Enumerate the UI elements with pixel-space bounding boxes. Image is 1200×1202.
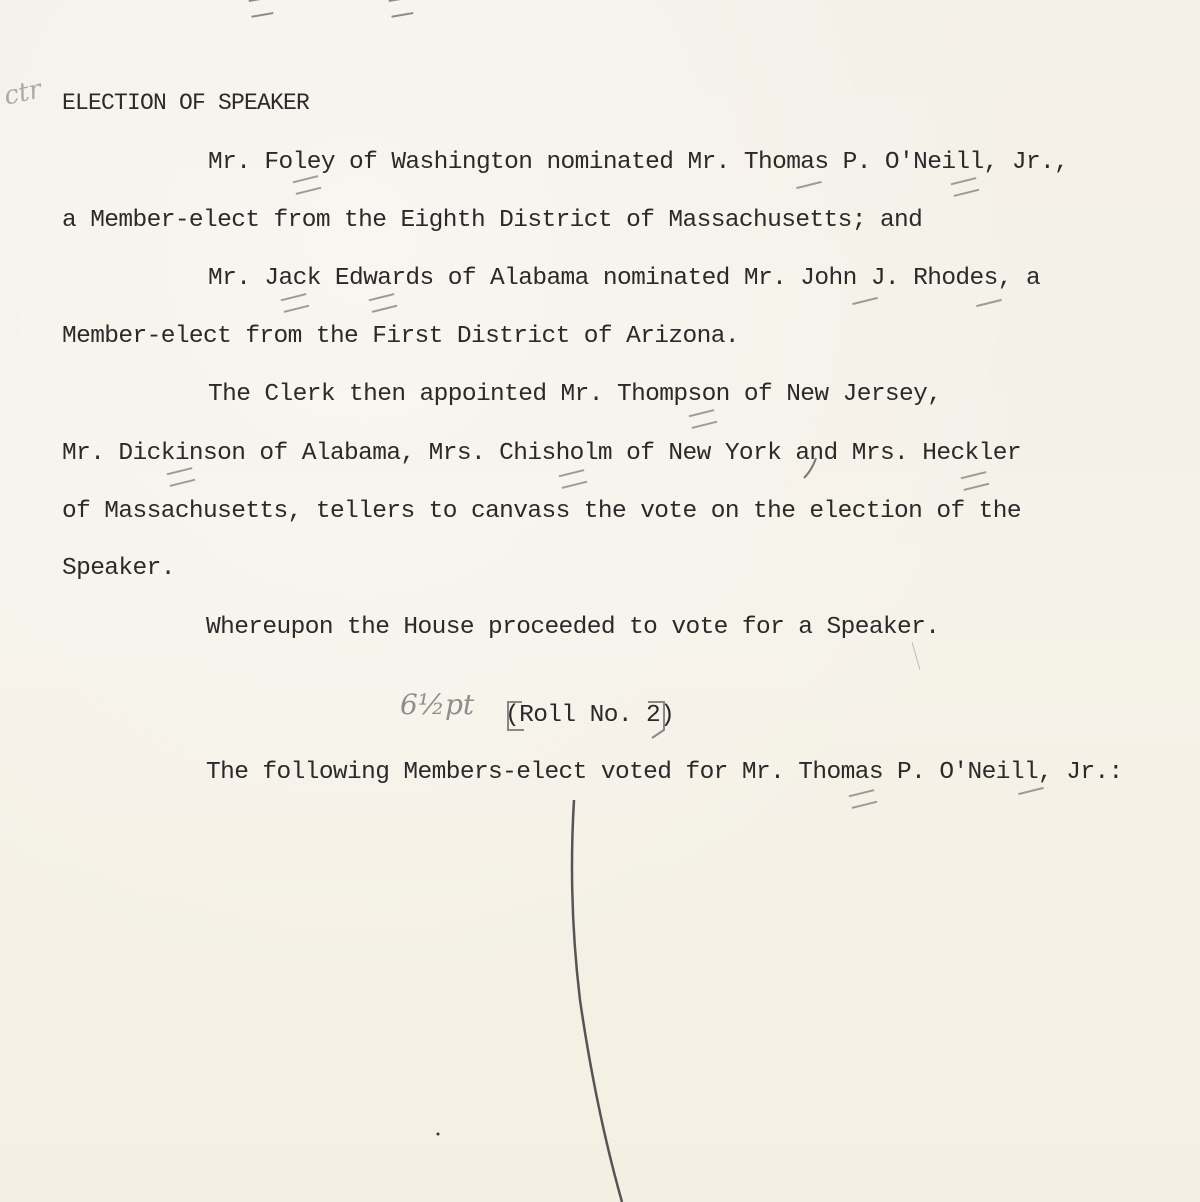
paragraph-3-line-3: of Massachusetts, tellers to canvass the… [62, 500, 1021, 525]
pencil-underline-mark [167, 467, 196, 487]
vertical-pencil-line [572, 800, 622, 1202]
pencil-underline-mark [689, 409, 718, 429]
paragraph-2-line-1: Mr. Jack Edwards of Alabama nominated Mr… [208, 267, 1040, 292]
pencil-underline-mark [951, 177, 980, 197]
document-page: ctr ELECTION OF SPEAKER Mr. Foley of Was… [0, 0, 1200, 1202]
paragraph-1-line-2: a Member-elect from the Eighth District … [62, 209, 922, 234]
pencil-underline-mark [293, 175, 322, 195]
pencil-underline-mark [389, 0, 414, 18]
pencil-strokes [0, 0, 1200, 1202]
pencil-underline-mark [852, 297, 878, 305]
pencil-underline-mark [1018, 787, 1044, 795]
pencil-underline-mark [559, 469, 588, 489]
section-heading: ELECTION OF SPEAKER [62, 92, 309, 115]
pencil-underline-mark [281, 293, 310, 313]
pencil-underline-mark [249, 0, 274, 18]
pencil-underline-mark [976, 299, 1002, 307]
pencil-underline-mark [961, 471, 990, 491]
roll-call-number: (Roll No. 2) [505, 704, 674, 729]
paragraph-3-line-1: The Clerk then appointed Mr. Thompson of… [208, 383, 941, 408]
margin-note-ctr: ctr [1, 74, 44, 111]
paragraph-3-line-4: Speaker. [62, 557, 175, 582]
paragraph-2-line-2: Member-elect from the First District of … [62, 325, 739, 350]
pencil-underline-mark [849, 789, 878, 809]
paragraph-3-line-2: Mr. Dickinson of Alabama, Mrs. Chisholm … [62, 442, 1021, 467]
paragraph-4-line-1: Whereupon the House proceeded to vote fo… [206, 616, 939, 641]
paragraph-1-line-1: Mr. Foley of Washington nominated Mr. Th… [208, 151, 1068, 176]
pencil-underline-mark [369, 293, 398, 313]
pencil-underline-mark [796, 181, 822, 189]
point-size-note: 6½pt [400, 688, 474, 721]
closing-line: The following Members-elect voted for Mr… [206, 761, 1123, 786]
